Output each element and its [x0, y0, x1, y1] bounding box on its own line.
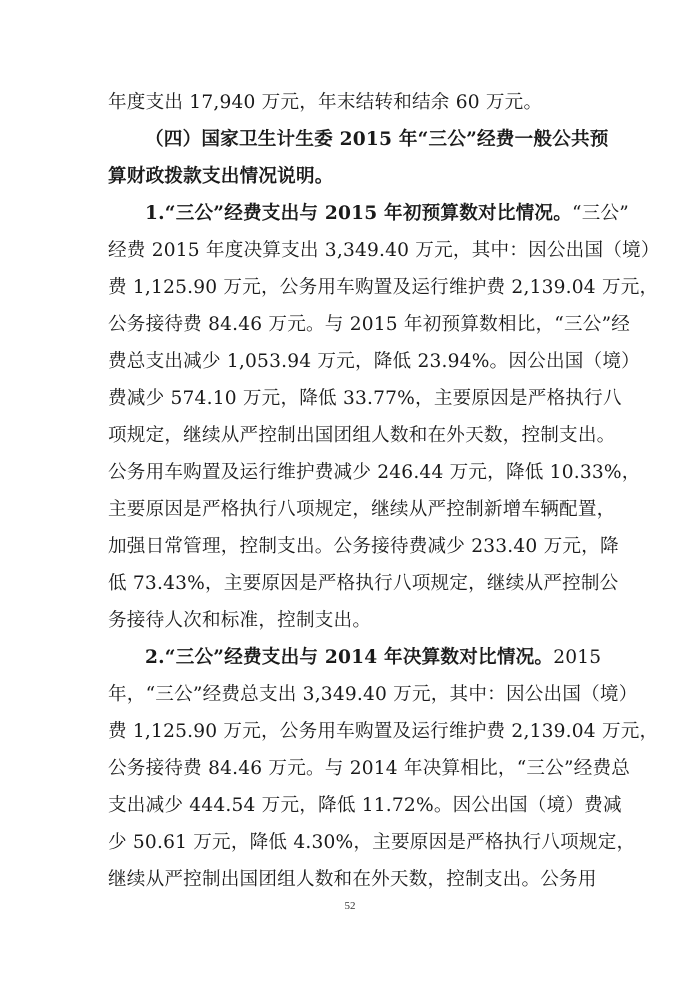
paragraph-line: 费 1,125.90 万元，公务用车购置及运行维护费 2,139.04 万元，	[108, 717, 594, 747]
section-heading-line: （四）国家卫生计生委 2015 年“三公”经费一般公共预	[145, 125, 594, 155]
paragraph-line: 少 50.61 万元，降低 4.30%，主要原因是严格执行八项规定，	[108, 828, 594, 858]
paragraph-line: 公务接待费 84.46 万元。与 2015 年初预算数相比，“三公”经	[108, 310, 594, 340]
paragraph-line: 经费 2015 年度决算支出 3,349.40 万元，其中：因公出国（境）	[108, 236, 594, 266]
subsection-heading: 1.“三公”经费支出与 2015 年初预算数对比情况。	[145, 203, 572, 224]
paragraph-line: 公务用车购置及运行维护费减少 246.44 万元，降低 10.33%，	[108, 458, 594, 488]
section-heading-line: 算财政拨款支出情况说明。	[108, 162, 594, 192]
paragraph-line: 费减少 574.10 万元，降低 33.77%，主要原因是严格执行八	[108, 384, 594, 414]
paragraph-line: 继续从严控制出国团组人数和在外天数，控制支出。公务用	[108, 865, 594, 895]
document-page: 年度支出 17,940 万元，年末结转和结余 60 万元。 （四）国家卫生计生委…	[0, 0, 700, 989]
page-number: 52	[0, 900, 700, 912]
paragraph-line: 务接待人次和标准，控制支出。	[108, 606, 594, 636]
subsection-heading-line: 1.“三公”经费支出与 2015 年初预算数对比情况。“三公”	[145, 199, 594, 229]
paragraph-line: 费总支出减少 1,053.94 万元，降低 23.94%。因公出国（境）	[108, 347, 594, 377]
subsection-heading: 2.“三公”经费支出与 2014 年决算数对比情况。	[145, 647, 553, 668]
paragraph-line: 公务接待费 84.46 万元。与 2014 年决算相比，“三公”经费总	[108, 754, 594, 784]
paragraph-line: 主要原因是严格执行八项规定，继续从严控制新增车辆配置，	[108, 495, 594, 525]
subsection-heading-line: 2.“三公”经费支出与 2014 年决算数对比情况。2015	[145, 643, 594, 673]
paragraph-line: 年，“三公”经费总支出 3,349.40 万元，其中：因公出国（境）	[108, 680, 594, 710]
paragraph-line: 加强日常管理，控制支出。公务接待费减少 233.40 万元，降	[108, 532, 594, 562]
paragraph-line: 费 1,125.90 万元，公务用车购置及运行维护费 2,139.04 万元，	[108, 273, 594, 303]
paragraph-line: 项规定，继续从严控制出国团组人数和在外天数，控制支出。	[108, 421, 594, 451]
paragraph-line: 支出减少 444.54 万元，降低 11.72%。因公出国（境）费减	[108, 791, 594, 821]
paragraph-line: 低 73.43%，主要原因是严格执行八项规定，继续从严控制公	[108, 569, 594, 599]
paragraph-line: 年度支出 17,940 万元，年末结转和结余 60 万元。	[108, 88, 594, 118]
